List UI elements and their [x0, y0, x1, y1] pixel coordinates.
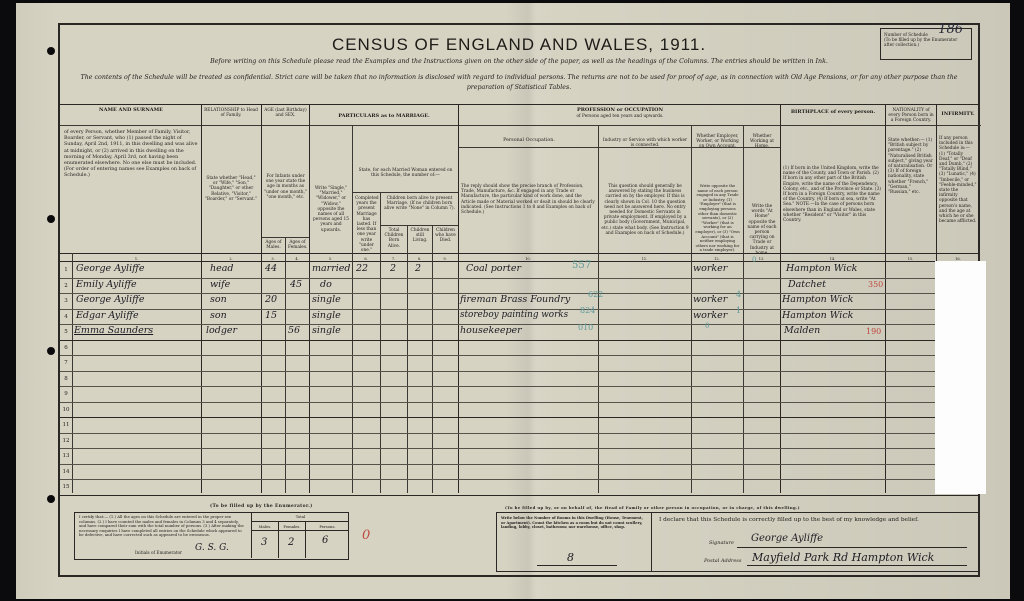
table-row: 15 — [60, 479, 978, 496]
col1-description: of every Person, whether Member of Famil… — [62, 129, 200, 181]
col3-4-description: For Infants under one year state the age… — [262, 173, 309, 201]
relationship-cell: head — [210, 263, 234, 274]
table-row: 11 — [60, 417, 978, 434]
occupation-code: 557 — [572, 260, 591, 271]
col15-description: State whether:— (1) "British subject by … — [886, 137, 936, 196]
document-title: CENSUS OF ENGLAND AND WALES, 1911. — [60, 35, 978, 55]
col4-subheader: Ages of Females. — [286, 239, 309, 251]
age-female-cell: 45 — [290, 279, 302, 290]
marriage-cell: single — [312, 310, 341, 321]
employment-code: 1 — [736, 306, 741, 315]
header-top-rule — [60, 104, 978, 105]
address-value: Mayfield Park Rd Hampton Wick — [752, 551, 934, 564]
declaration-text: I declare that this Schedule is correctl… — [659, 517, 919, 523]
occupation-cell: Coal porter — [466, 263, 521, 274]
occupation-code: 824 — [580, 306, 595, 315]
name-cell: Emma Saunders — [74, 325, 153, 336]
rooms-box: Write below the Number of Rooms in this … — [497, 513, 652, 571]
head-section-heading: (To be filled up by, or on behalf of, th… — [505, 505, 800, 510]
marriage-cell: single — [312, 294, 341, 305]
marriage-rule — [310, 125, 458, 126]
table-row: 3 George Ayliffe son 20 single fireman B… — [60, 293, 978, 310]
children-sub-rule — [381, 225, 458, 226]
col3-subheader: Ages of Males. — [262, 239, 285, 251]
col10-description: The reply should show the precise branch… — [459, 183, 599, 216]
col2-title: RELATIONSHIP to Head of Family. — [202, 107, 260, 119]
occupation-cell: storeboy painting works — [460, 310, 568, 320]
col14-title: BIRTHPLACE of every person. — [781, 109, 885, 116]
enumerator-box: I certify that:— (1.) All the ages on th… — [74, 512, 349, 560]
table-row: 1 George Ayliffe head 44 married 22 2 2 … — [60, 262, 978, 279]
table-row: 6 — [60, 340, 978, 357]
certify-text: I certify that:— (1.) All the ages on th… — [79, 515, 247, 538]
table-row: 7 — [60, 355, 978, 372]
table-row: 4 Edgar Ayliffe son 15 single storeboy p… — [60, 309, 978, 326]
total-females: 2 — [288, 537, 294, 548]
col13-description: Write the words "At Home" opposite the n… — [744, 203, 780, 257]
employment-cell: worker — [693, 263, 727, 274]
table-row: 10 — [60, 402, 978, 419]
employment-code: 0 — [705, 322, 709, 330]
schedule-frame: CENSUS OF ENGLAND AND WALES, 1911. Befor… — [58, 23, 980, 577]
employment-cell: worker — [693, 294, 727, 305]
name-cell: George Ayliffe — [76, 263, 144, 274]
age-female-cell: 56 — [288, 325, 300, 336]
relationship-cell: son — [210, 310, 227, 321]
birthplace-code: 190 — [866, 327, 881, 336]
initials-label: Initials of Enumerator — [135, 550, 182, 555]
left-header-rule — [60, 125, 310, 126]
col5-9-title: PARTICULARS as to MARRIAGE. — [310, 113, 458, 120]
col8-description: Children still Living. — [408, 227, 432, 245]
children-note: Children born alive to present Marriage.… — [381, 195, 458, 213]
col11-description: This question should generally be answer… — [599, 183, 691, 237]
employment-cell: worker — [693, 310, 727, 321]
marriage-cell: married — [312, 263, 351, 274]
married-woman-note: State, for each Married Woman entered on… — [353, 167, 458, 179]
occupation-code: 622 — [588, 290, 603, 299]
occupation-code: 010 — [578, 323, 593, 332]
table-row: 14 — [60, 464, 978, 481]
employment-code: 0 — [752, 256, 756, 264]
marriage-cell: do — [320, 279, 332, 290]
binding-hole — [47, 347, 55, 355]
age-male-cell: 15 — [265, 310, 277, 321]
right-header-rule — [781, 125, 981, 126]
col12-description: Write opposite the name of each person e… — [692, 183, 743, 254]
table-row: 2 Emily Ayliffe wife 45 do Datchet 350 — [60, 278, 978, 295]
total-children-cell: 2 — [390, 263, 396, 274]
birthplace-code: 350 — [868, 280, 883, 289]
marriage-sub-rule — [353, 192, 458, 193]
col7-description: Total Children Born Alive. — [381, 227, 407, 250]
total-persons: 6 — [322, 535, 328, 546]
col11-12-rule — [599, 147, 744, 148]
table-row: 9 — [60, 386, 978, 403]
col3-4-title: AGE (last Birthday) and SEX. — [262, 107, 309, 119]
birthplace-cell: Hampton Wick — [782, 294, 853, 305]
instruction-line-2: The contents of the Schedule will be tre… — [68, 73, 970, 93]
name-cell: George Ayliffe — [76, 294, 144, 305]
signature-label: Signature — [709, 540, 734, 546]
name-cell: Edgar Ayliffe — [76, 310, 139, 321]
birthplace-cell: Malden — [784, 325, 820, 336]
col16-description: If any person included in this Schedule … — [937, 135, 979, 225]
relationship-cell: son — [210, 294, 227, 305]
col10-title: Personal Occupation. — [459, 137, 599, 144]
col5-description: Write "Single," "Married," "Widower," or… — [310, 185, 352, 234]
occupation-cell: housekeeper — [460, 325, 522, 336]
schedule-number-box: Number of Schedule (To be filled up by t… — [880, 28, 972, 60]
binding-hole — [47, 495, 55, 503]
table-row: 5 Emma Saunders lodger 56 single houseke… — [60, 324, 978, 341]
red-check-mark: 0 — [362, 528, 370, 543]
rooms-count: 8 — [567, 551, 574, 564]
schedule-number: 186 — [938, 27, 963, 32]
col13-rule — [744, 147, 780, 148]
col9-description: Children who have Died. — [433, 227, 458, 245]
marriage-cell: single — [312, 325, 341, 336]
col16-title: INFIRMITY. — [937, 111, 979, 118]
table-row: 8 — [60, 371, 978, 388]
enumerator-heading: (To be filled up by the Enumerator.) — [210, 504, 313, 509]
head-section-box: Write below the Number of Rooms in this … — [496, 512, 980, 572]
employment-code: 4 — [736, 290, 741, 299]
col10-rule — [459, 147, 599, 148]
enumerator-initials: G. S. G. — [195, 543, 229, 553]
schedule-number-note: (To be filled up by the Enumerator after… — [884, 37, 968, 47]
binding-hole — [47, 47, 55, 55]
relationship-cell: wife — [210, 279, 230, 290]
table-row: 13 — [60, 448, 978, 465]
address-label: Postal Address — [704, 558, 741, 564]
instruction-line-1: Before writing on this Schedule please r… — [60, 58, 978, 65]
name-cell: Emily Ayliffe — [76, 279, 137, 290]
relationship-cell: lodger — [206, 325, 237, 336]
birthplace-cell: Hampton Wick — [786, 263, 857, 274]
birthplace-cell: Hampton Wick — [782, 310, 853, 321]
birthplace-cell: Datchet — [788, 279, 826, 290]
totals-table: Total Males. Females. Persons. 3 2 6 — [251, 513, 349, 558]
age-male-cell: 44 — [265, 263, 277, 274]
col10-13-subtitle: of Persons aged ten years and upwards. — [460, 113, 780, 120]
entries-table: 1 George Ayliffe head 44 married 22 2 2 … — [60, 262, 978, 494]
table-row: 12 — [60, 433, 978, 450]
age-male-cell: 20 — [265, 294, 277, 305]
occupation-cell: fireman Brass Foundry — [460, 294, 570, 305]
col6-description: Completed years the present Marriage has… — [353, 195, 380, 254]
col14-description: (1) If born in the United Kingdom, write… — [781, 165, 885, 224]
colnum-top-rule — [60, 253, 978, 254]
occupation-rule — [459, 125, 780, 126]
rooms-instruction: Write below the Number of Rooms in this … — [501, 516, 647, 530]
total-males: 3 — [261, 537, 267, 548]
binding-hole — [47, 215, 55, 223]
children-living-cell: 2 — [415, 263, 421, 274]
col2-description: State whether "Head," or "Wife," "Son," … — [202, 175, 260, 203]
redacted-infirmity-column — [935, 261, 986, 494]
years-married-cell: 22 — [356, 263, 368, 274]
col1-title: NAME AND SURNAME — [62, 107, 200, 114]
signature-value: George Ayliffe — [751, 533, 823, 544]
col15-title: NATIONALITY of every Person born in a Fo… — [886, 107, 936, 125]
